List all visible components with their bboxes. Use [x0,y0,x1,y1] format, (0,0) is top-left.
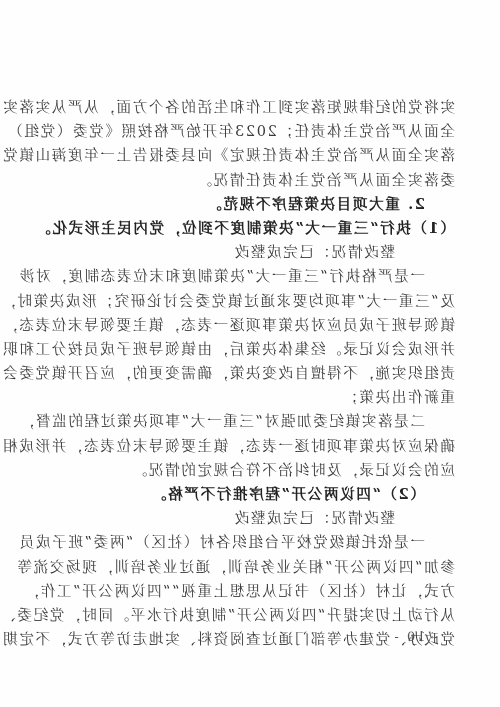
text-line: 及“三重一大”事项均要求通过镇党委会讨论研究；形成决策时， [45,290,455,314]
text-line: 落实全面从严治党主体责任规定》向县委报告上一年度海山镇党 [45,144,455,168]
text-line: 确保应对决策事项时逐一表态，镇主要领导末位表态，并形成相 [45,435,455,459]
text-line: 一是依托镇级党校平台组织各村（社区）“两委”班子成员 [45,531,455,555]
document-body: 实将党的纪律规矩落实到工作和生活的各个方面，从严从实落实 全面从严治党主体责任；… [45,96,455,652]
text-line: 一是严格执行“三重一大”决策制度和末位表态制度，对涉 [45,265,455,289]
subsection-heading: （2）“四议两公开”程序推行不严格。 [45,483,455,507]
text-line: 重新作出决策； [45,386,455,410]
text-line: 二是落实镇纪委加强对“三重一大”事项决策过程的监督， [45,410,455,434]
text-line: 并形成会议记录。经集体决策后，由镇领导班子成员按分工和职 [45,338,455,362]
text-line: 委落实全面从严治党主体责任情况。 [45,169,455,193]
rectification-status: 整改情况：已完成整改 [45,507,455,531]
page-number: - 10 - [392,630,438,645]
document-page: 实将党的纪律规矩落实到工作和生活的各个方面，从严从实落实 全面从严治党主体责任；… [0,0,500,707]
section-heading: 2. 重大项目决策程序不规范。 [45,193,455,217]
text-line: 镇领导班子成员应对决策事项逐一表态，镇主要领导末位表态， [45,314,455,338]
text-line: 方式，让村（社区）书记从思想上重视““四议两公开”工作， [45,580,455,604]
text-line: 实将党的纪律规矩落实到工作和生活的各个方面，从严从实落实 [45,96,455,120]
text-line: 应的会议记录，及时纠治不符合规定的情况。 [45,459,455,483]
text-line: 从行动上切实提升“四议两公开”制度执行水平。同时，党纪委、 [45,604,455,628]
text-line: 责组织实施，不得擅自改变决策，确需变更的，应召开镇党委会 [45,362,455,386]
text-line: 参加“四议两公开”相关业务培训，通过业务培训，现场交流等 [45,556,455,580]
rectification-status: 整改情况：已完成整改 [45,241,455,265]
subsection-heading: （1）执行“三重一大”决策制度不到位，党内民主形式化。 [45,217,455,241]
text-line: 全面从严治党主体责任；2023年开始严格按照《党委（党组） [45,120,455,144]
